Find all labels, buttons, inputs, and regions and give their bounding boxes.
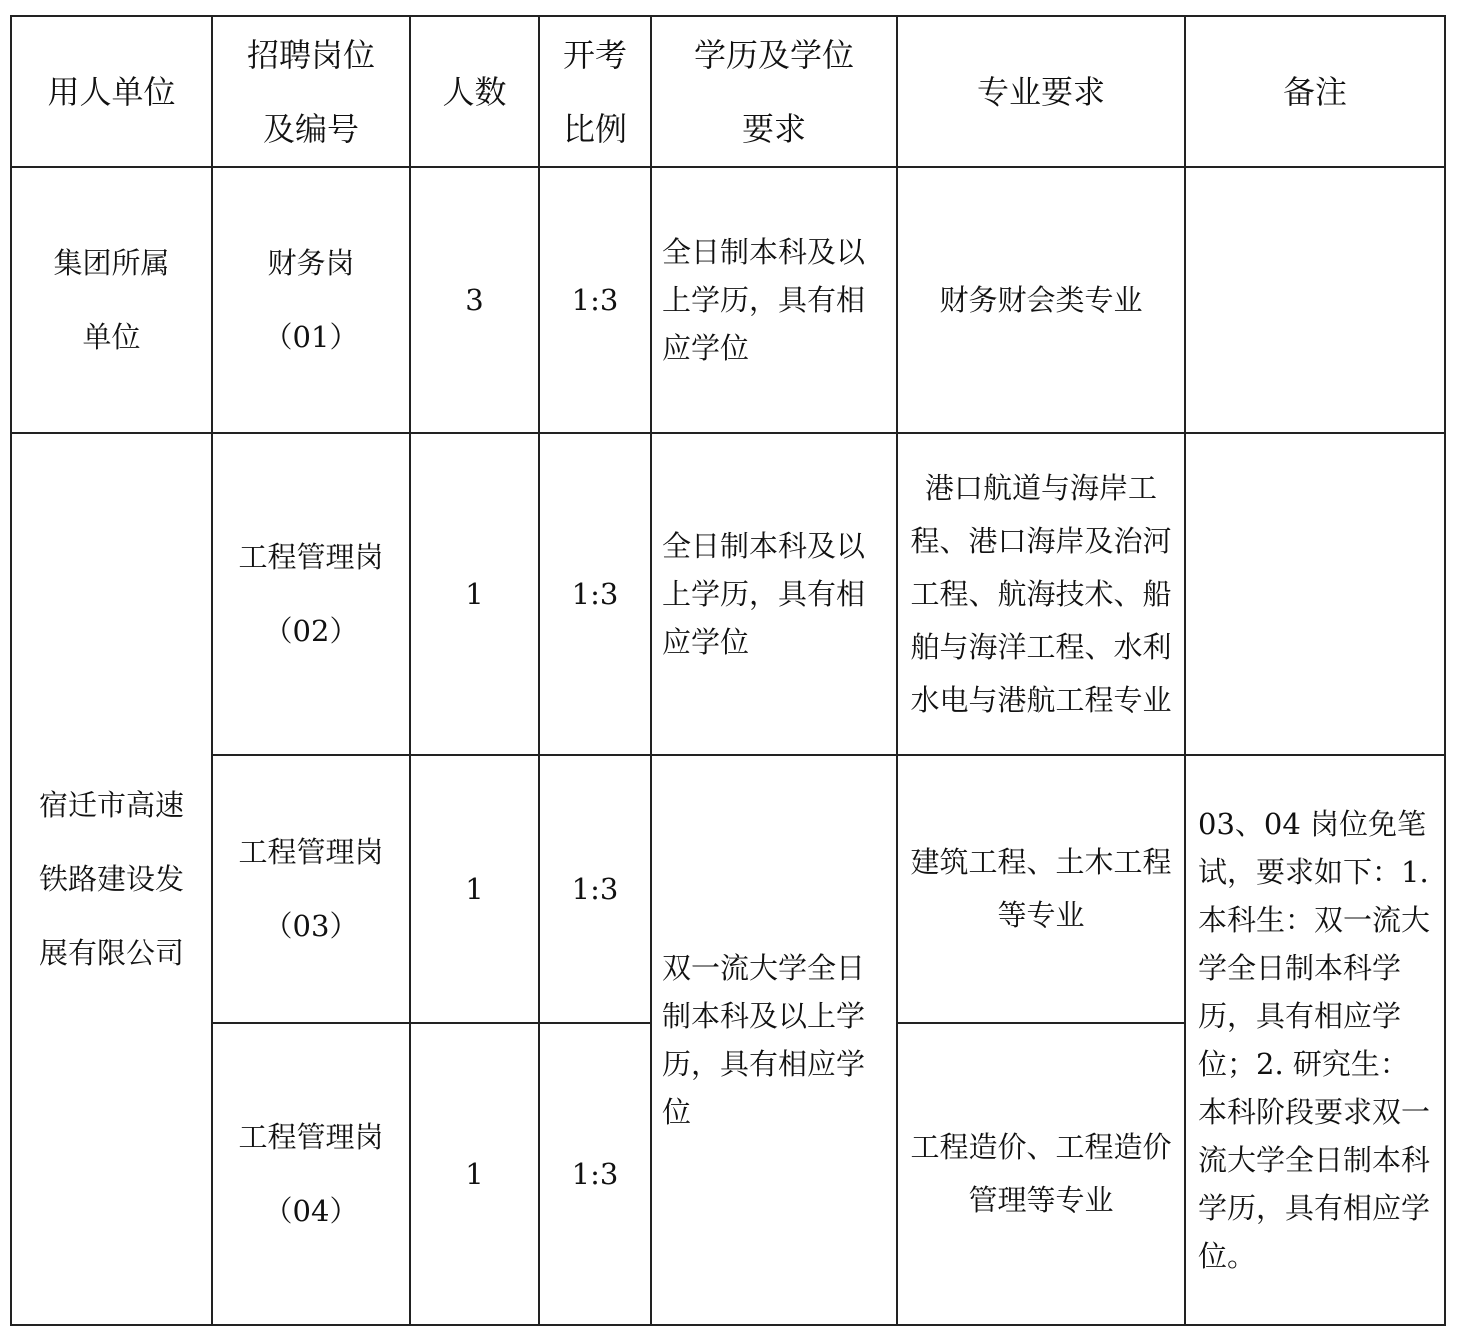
position-cell: 工程管理岗 （02） [212, 433, 410, 755]
header-ratio-line2: 比例 [550, 92, 640, 166]
position-name: 工程管理岗 [223, 1100, 399, 1174]
position-cell: 工程管理岗 （04） [212, 1023, 410, 1325]
unit-cell: 宿迁市高速 铁路建设发 展有限公司 [11, 433, 212, 1325]
position-name: 工程管理岗 [223, 815, 399, 889]
header-ratio: 开考 比例 [539, 16, 651, 167]
header-ratio-line1: 开考 [550, 18, 640, 92]
position-name: 工程管理岗 [223, 520, 399, 594]
unit-line3: 展有限公司 [22, 916, 201, 990]
table-row: 宿迁市高速 铁路建设发 展有限公司 工程管理岗 （02） 1 1:3 全日制本科… [11, 433, 1445, 755]
position-code: （01） [223, 300, 399, 374]
major-cell: 工程造价、工程造价管理等专业 [897, 1023, 1185, 1325]
header-education-line2: 要求 [662, 92, 886, 166]
header-major: 专业要求 [897, 16, 1185, 167]
ratio-cell: 1:3 [539, 433, 651, 755]
header-position: 招聘岗位 及编号 [212, 16, 410, 167]
count-cell: 1 [410, 755, 539, 1023]
position-cell: 财务岗 （01） [212, 167, 410, 433]
major-cell: 财务财会类专业 [897, 167, 1185, 433]
header-education-line1: 学历及学位 [662, 18, 886, 92]
count-cell: 3 [410, 167, 539, 433]
major-cell: 建筑工程、土木工程等专业 [897, 755, 1185, 1023]
education-cell: 全日制本科及以上学历，具有相应学位 [651, 433, 897, 755]
position-code: （03） [223, 889, 399, 963]
header-position-line1: 招聘岗位 [223, 18, 399, 92]
recruitment-table: 用人单位 招聘岗位 及编号 人数 开考 比例 学历及学位 要求 专业要求 备注 … [10, 15, 1446, 1326]
header-position-line2: 及编号 [223, 92, 399, 166]
header-education: 学历及学位 要求 [651, 16, 897, 167]
education-cell: 全日制本科及以上学历，具有相应学位 [651, 167, 897, 433]
count-cell: 1 [410, 433, 539, 755]
header-count: 人数 [410, 16, 539, 167]
position-name: 财务岗 [223, 226, 399, 300]
notes-cell [1185, 167, 1445, 433]
unit-line1: 宿迁市高速 [22, 768, 201, 842]
unit-line1: 集团所属 [22, 226, 201, 300]
ratio-cell: 1:3 [539, 755, 651, 1023]
education-cell: 双一流大学全日制本科及以上学历，具有相应学位 [651, 755, 897, 1325]
unit-line2: 铁路建设发 [22, 842, 201, 916]
ratio-cell: 1:3 [539, 1023, 651, 1325]
ratio-cell: 1:3 [539, 167, 651, 433]
header-row: 用人单位 招聘岗位 及编号 人数 开考 比例 学历及学位 要求 专业要求 备注 [11, 16, 1445, 167]
position-cell: 工程管理岗 （03） [212, 755, 410, 1023]
table-row: 集团所属 单位 财务岗 （01） 3 1:3 全日制本科及以上学历，具有相应学位… [11, 167, 1445, 433]
table-row: 工程管理岗 （03） 1 1:3 双一流大学全日制本科及以上学历，具有相应学位 … [11, 755, 1445, 1023]
notes-cell [1185, 433, 1445, 755]
position-code: （04） [223, 1174, 399, 1248]
header-unit: 用人单位 [11, 16, 212, 167]
unit-line2: 单位 [22, 300, 201, 374]
major-cell: 港口航道与海岸工程、港口海岸及治河工程、航海技术、船舶与海洋工程、水利水电与港航… [897, 433, 1185, 755]
header-notes: 备注 [1185, 16, 1445, 167]
unit-cell: 集团所属 单位 [11, 167, 212, 433]
position-code: （02） [223, 594, 399, 668]
count-cell: 1 [410, 1023, 539, 1325]
notes-cell: 03、04 岗位免笔试，要求如下：1. 本科生：双一流大学全日制本科学历，具有相… [1185, 755, 1445, 1325]
